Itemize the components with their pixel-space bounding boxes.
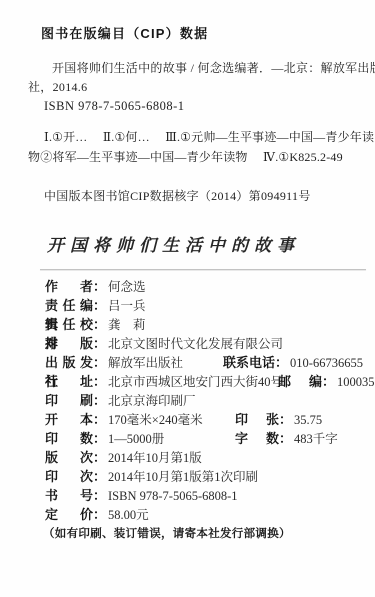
colophon-row: 开本：170毫米×240毫米印张：35.75 — [45, 410, 369, 429]
row-right-value: 100035 — [337, 375, 375, 389]
row-value: 解放军出版社 — [108, 356, 183, 370]
row-colon: ： — [93, 393, 106, 408]
row-right-label: 印张 — [235, 410, 279, 429]
row-value: ISBN 978-7-5065-6808-1 — [108, 489, 238, 503]
colophon-row: 书号：ISBN 978-7-5065-6808-1 — [45, 486, 369, 505]
row-label: 印次 — [45, 467, 93, 486]
row-colon: ： — [93, 298, 106, 313]
row-colon: ： — [93, 355, 106, 370]
row-value: 2014年10月第1版 — [108, 451, 202, 465]
cip-record-line: 中国版本图书馆CIP数据核字（2014）第094911号 — [44, 190, 311, 202]
row-label: 排版 — [45, 334, 93, 353]
colophon-row: 印数：1—5000册字数：483千字 — [45, 429, 369, 448]
cip-heading: 图书在版编目（CIP）数据 — [41, 27, 208, 40]
row-colon: ： — [93, 469, 106, 484]
row-value: 北京京海印刷厂 — [108, 394, 196, 408]
row-label: 印刷 — [45, 391, 93, 410]
cip-entry-line-1: 开国将帅们生活中的故事 / 何念选编著．—北京：解放军出版 — [52, 62, 375, 74]
row-colon: ： — [93, 317, 106, 332]
row-label: 社址 — [45, 372, 93, 391]
colophon-row: 版次：2014年10月第1版 — [45, 448, 369, 467]
colophon-row: 印次：2014年10月第1版第1次印刷 — [45, 467, 369, 486]
cip-classification-line-1: Ⅰ.①开… Ⅱ.①何… Ⅲ.①元帅—生平事迹—中国—青少年读 — [44, 131, 374, 143]
row-right-group: 字数：483千字 — [235, 429, 338, 449]
row-right-value: 483千字 — [294, 432, 338, 446]
row-colon: ： — [93, 336, 106, 351]
row-colon: ： — [93, 488, 106, 503]
row-right-group: 联系电话：010-66736655 — [223, 353, 363, 373]
row-label: 定价 — [45, 505, 93, 524]
colophon-row: 社址：北京市西城区地安门西大街40号邮编：100035 — [45, 372, 369, 391]
colophon-row: 定价：58.00元 — [45, 505, 369, 524]
book-copyright-page: 图书在版编目（CIP）数据 开国将帅们生活中的故事 / 何念选编著．—北京：解放… — [0, 0, 375, 597]
row-value: 170毫米×240毫米 — [108, 413, 203, 427]
row-right-group: 印张：35.75 — [235, 410, 322, 430]
row-value: 1—5000册 — [108, 432, 164, 446]
row-value: 北京文图时代文化发展有限公司 — [108, 337, 283, 351]
colophon-row: 责任编辑：吕一兵 — [45, 296, 369, 315]
colophon-row: 印刷：北京京海印刷厂 — [45, 391, 369, 410]
book-title: 开国将帅们生活中的故事 — [47, 238, 300, 255]
colophon-row: 作者：何念选 — [45, 277, 369, 296]
colophon-row: 责任校对：龚 莉 — [45, 315, 369, 334]
row-right-value: 010-66736655 — [290, 356, 363, 370]
cip-entry-line-2: 社，2014.6 — [28, 81, 87, 93]
row-label: 印数 — [45, 429, 93, 448]
title-divider — [40, 269, 366, 270]
row-right-colon: ： — [279, 431, 292, 446]
row-label: 版次 — [45, 448, 93, 467]
row-value: 何念选 — [108, 280, 146, 294]
row-value: 58.00元 — [108, 508, 149, 522]
row-right-label: 字数 — [235, 429, 279, 448]
row-colon: ： — [93, 431, 106, 446]
row-right-colon: ： — [279, 412, 292, 427]
reprint-note: （如有印刷、装订错误，请寄本社发行部调换） — [43, 529, 291, 541]
row-colon: ： — [93, 450, 106, 465]
row-value: 2014年10月第1版第1次印刷 — [108, 470, 258, 484]
row-right-colon: ： — [322, 374, 335, 389]
row-colon: ： — [93, 412, 106, 427]
row-right-group: 邮编：100035 — [278, 372, 375, 392]
row-right-value: 35.75 — [294, 413, 322, 427]
row-right-label: 联系电话 — [223, 355, 275, 370]
colophon-row: 出版发行：解放军出版社联系电话：010-66736655 — [45, 353, 369, 372]
cip-isbn-line: ISBN 978-7-5065-6808-1 — [44, 100, 185, 113]
colophon: 作者：何念选责任编辑：吕一兵责任校对：龚 莉排版：北京文图时代文化发展有限公司出… — [45, 277, 369, 524]
row-right-colon: ： — [275, 355, 288, 370]
row-label: 书号 — [45, 486, 93, 505]
row-colon: ： — [93, 374, 106, 389]
row-label: 作者 — [45, 277, 93, 296]
row-value: 北京市西城区地安门西大街40号 — [108, 375, 283, 389]
row-colon: ： — [93, 507, 106, 522]
row-colon: ： — [93, 279, 106, 294]
row-value: 龚 莉 — [108, 318, 146, 332]
row-label: 开本 — [45, 410, 93, 429]
colophon-row: 排版：北京文图时代文化发展有限公司 — [45, 334, 369, 353]
cip-classification-line-2: 物②将军—生平事迹—中国—青少年读物 Ⅳ.①K825.2-49 — [28, 151, 343, 163]
row-right-label: 邮编 — [278, 372, 322, 391]
row-value: 吕一兵 — [108, 299, 146, 313]
